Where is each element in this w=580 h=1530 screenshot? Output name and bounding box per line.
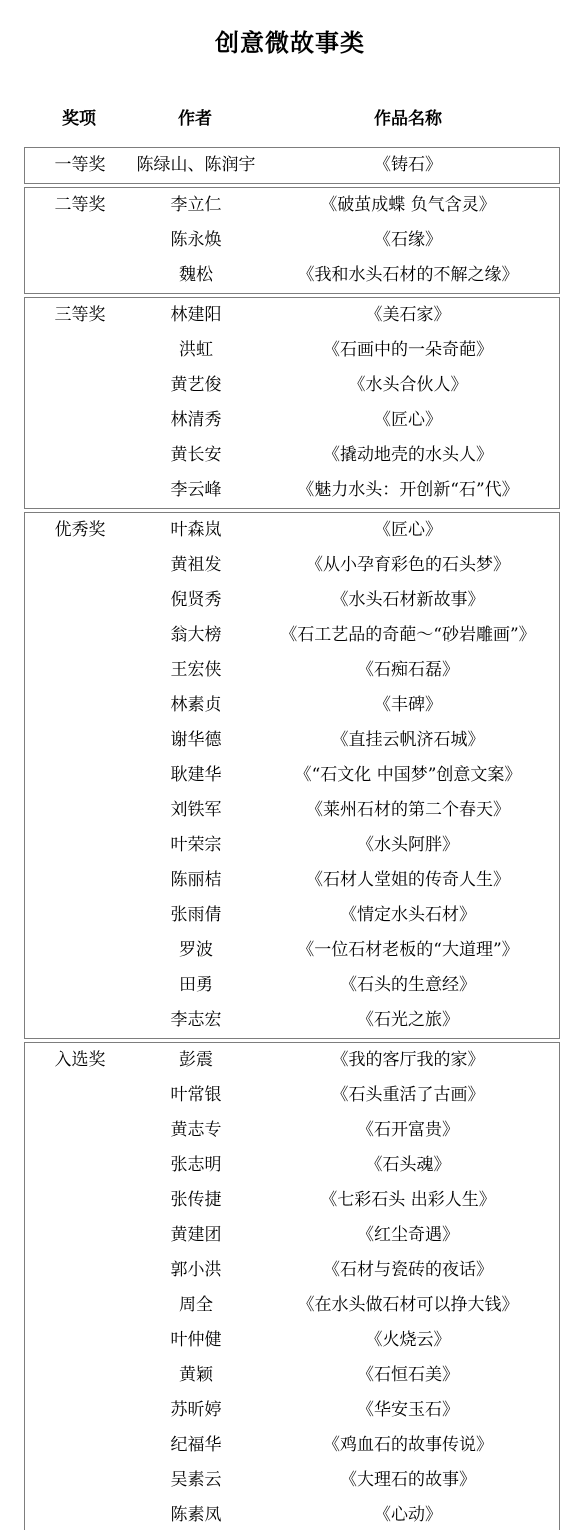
- page-title: 创意微故事类: [0, 28, 580, 58]
- column-header-author: 作者: [134, 102, 256, 137]
- author-cell: 林建阳: [135, 298, 257, 333]
- author-cell: 黄建团: [135, 1218, 257, 1253]
- award-cell: [25, 1463, 135, 1498]
- author-cell: 陈丽桔: [135, 863, 257, 898]
- award-cell: [25, 1288, 135, 1323]
- award-cell: [25, 1498, 135, 1530]
- author-cell: 罗波: [135, 933, 257, 968]
- work-title-cell: 《从小孕育彩色的石头梦》: [257, 548, 559, 583]
- award-cell: 优秀奖: [25, 513, 135, 548]
- award-cell: 三等奖: [25, 298, 135, 333]
- table-row: 倪贤秀《水头石材新故事》: [25, 583, 559, 618]
- table-row: 黄颖《石恒石美》: [25, 1358, 559, 1393]
- work-title-cell: 《石头的生意经》: [257, 968, 559, 1003]
- table-row: 张雨倩《情定水头石材》: [25, 898, 559, 933]
- author-cell: 苏昕婷: [135, 1393, 257, 1428]
- work-title-cell: 《石材与瓷砖的夜话》: [257, 1253, 559, 1288]
- award-section: 一等奖陈绿山、陈润宇《铸石》: [24, 147, 560, 184]
- award-cell: [25, 793, 135, 828]
- table-row: 二等奖李立仁《破茧成蝶 负气含灵》: [25, 188, 559, 223]
- work-title-cell: 《情定水头石材》: [257, 898, 559, 933]
- author-cell: 黄艺俊: [135, 368, 257, 403]
- column-header-work: 作品名称: [256, 102, 560, 137]
- author-cell: 黄志专: [135, 1113, 257, 1148]
- author-cell: 张传捷: [135, 1183, 257, 1218]
- table-row: 翁大榜《石工艺品的奇葩～“砂岩雕画”》: [25, 618, 559, 653]
- award-section: 优秀奖叶森岚《匠心》黄祖发《从小孕育彩色的石头梦》倪贤秀《水头石材新故事》翁大榜…: [24, 512, 560, 1039]
- table-row: 叶常银《石头重活了古画》: [25, 1078, 559, 1113]
- award-cell: [25, 1253, 135, 1288]
- award-cell: [25, 1393, 135, 1428]
- table-row: 黄志专《石开富贵》: [25, 1113, 559, 1148]
- table-row: 陈永焕《石缘》: [25, 223, 559, 258]
- table-row: 入选奖彭震《我的客厅我的家》: [25, 1043, 559, 1078]
- award-cell: [25, 1078, 135, 1113]
- work-title-cell: 《七彩石头 出彩人生》: [257, 1183, 559, 1218]
- author-cell: 郭小洪: [135, 1253, 257, 1288]
- author-cell: 黄祖发: [135, 548, 257, 583]
- award-cell: [25, 548, 135, 583]
- award-cell: [25, 933, 135, 968]
- table-row: 黄建团《红尘奇遇》: [25, 1218, 559, 1253]
- work-title-cell: 《魅力水头：开创新“石”代》: [257, 473, 559, 508]
- table-header-row: 奖项 作者 作品名称: [24, 102, 560, 137]
- work-title-cell: 《水头阿胖》: [257, 828, 559, 863]
- work-title-cell: 《我的客厅我的家》: [257, 1043, 559, 1078]
- work-title-cell: 《莱州石材的第二个春天》: [257, 793, 559, 828]
- work-title-cell: 《石开富贵》: [257, 1113, 559, 1148]
- author-cell: 周全: [135, 1288, 257, 1323]
- table-row: 谢华德《直挂云帆济石城》: [25, 723, 559, 758]
- work-title-cell: 《石痴石磊》: [257, 653, 559, 688]
- table-row: 纪福华《鸡血石的故事传说》: [25, 1428, 559, 1463]
- author-cell: 翁大榜: [135, 618, 257, 653]
- work-title-cell: 《石画中的一朵奇葩》: [257, 333, 559, 368]
- award-cell: [25, 473, 135, 508]
- work-title-cell: 《火烧云》: [257, 1323, 559, 1358]
- author-cell: 李云峰: [135, 473, 257, 508]
- award-cell: [25, 1218, 135, 1253]
- author-cell: 林素贞: [135, 688, 257, 723]
- author-cell: 叶荣宗: [135, 828, 257, 863]
- award-section: 三等奖林建阳《美石家》洪虹《石画中的一朵奇葩》黄艺俊《水头合伙人》林清秀《匠心》…: [24, 297, 560, 509]
- author-cell: 耿建华: [135, 758, 257, 793]
- work-title-cell: 《石头魂》: [257, 1148, 559, 1183]
- author-cell: 林清秀: [135, 403, 257, 438]
- award-cell: [25, 403, 135, 438]
- table-row: 李云峰《魅力水头：开创新“石”代》: [25, 473, 559, 508]
- table-row: 张志明《石头魂》: [25, 1148, 559, 1183]
- table-row: 刘铁军《莱州石材的第二个春天》: [25, 793, 559, 828]
- award-section: 二等奖李立仁《破茧成蝶 负气含灵》陈永焕《石缘》魏松《我和水头石材的不解之缘》: [24, 187, 560, 294]
- author-cell: 陈永焕: [135, 223, 257, 258]
- award-cell: [25, 333, 135, 368]
- table-row: 罗波《一位石材老板的“大道理”》: [25, 933, 559, 968]
- award-cell: [25, 898, 135, 933]
- author-cell: 李立仁: [135, 188, 257, 223]
- work-title-cell: 《红尘奇遇》: [257, 1218, 559, 1253]
- work-title-cell: 《水头合伙人》: [257, 368, 559, 403]
- author-cell: 黄长安: [135, 438, 257, 473]
- author-cell: 叶仲健: [135, 1323, 257, 1358]
- work-title-cell: 《直挂云帆济石城》: [257, 723, 559, 758]
- author-cell: 叶常银: [135, 1078, 257, 1113]
- author-cell: 洪虹: [135, 333, 257, 368]
- table-row: 洪虹《石画中的一朵奇葩》: [25, 333, 559, 368]
- work-title-cell: 《华安玉石》: [257, 1393, 559, 1428]
- author-cell: 叶森岚: [135, 513, 257, 548]
- table-row: 魏松《我和水头石材的不解之缘》: [25, 258, 559, 293]
- award-cell: [25, 968, 135, 1003]
- author-cell: 张志明: [135, 1148, 257, 1183]
- author-cell: 倪贤秀: [135, 583, 257, 618]
- author-cell: 张雨倩: [135, 898, 257, 933]
- work-title-cell: 《在水头做石材可以挣大钱》: [257, 1288, 559, 1323]
- author-cell: 魏松: [135, 258, 257, 293]
- author-cell: 吴素云: [135, 1463, 257, 1498]
- award-cell: [25, 1148, 135, 1183]
- table-row: 苏昕婷《华安玉石》: [25, 1393, 559, 1428]
- table-row: 叶仲健《火烧云》: [25, 1323, 559, 1358]
- award-section: 入选奖彭震《我的客厅我的家》叶常银《石头重活了古画》黄志专《石开富贵》张志明《石…: [24, 1042, 560, 1530]
- column-header-award: 奖项: [24, 102, 134, 137]
- award-cell: [25, 1113, 135, 1148]
- author-cell: 纪福华: [135, 1428, 257, 1463]
- author-cell: 彭震: [135, 1043, 257, 1078]
- work-title-cell: 《大理石的故事》: [257, 1463, 559, 1498]
- award-cell: 入选奖: [25, 1043, 135, 1078]
- author-cell: 刘铁军: [135, 793, 257, 828]
- work-title-cell: 《石材人堂姐的传奇人生》: [257, 863, 559, 898]
- table-row: 陈丽桔《石材人堂姐的传奇人生》: [25, 863, 559, 898]
- award-table: 一等奖陈绿山、陈润宇《铸石》二等奖李立仁《破茧成蝶 负气含灵》陈永焕《石缘》魏松…: [24, 147, 560, 1530]
- work-title-cell: 《撬动地壳的水头人》: [257, 438, 559, 473]
- table-row: 三等奖林建阳《美石家》: [25, 298, 559, 333]
- work-title-cell: 《石光之旅》: [257, 1003, 559, 1038]
- work-title-cell: 《丰碑》: [257, 688, 559, 723]
- work-title-cell: 《破茧成蝶 负气含灵》: [257, 188, 559, 223]
- table-row: 陈素凤《心动》: [25, 1498, 559, 1530]
- work-title-cell: 《匠心》: [257, 403, 559, 438]
- table-row: 王宏侠《石痴石磊》: [25, 653, 559, 688]
- work-title-cell: 《铸石》: [257, 148, 559, 183]
- award-cell: [25, 583, 135, 618]
- table-row: 黄祖发《从小孕育彩色的石头梦》: [25, 548, 559, 583]
- award-cell: [25, 1323, 135, 1358]
- work-title-cell: 《“石文化 中国梦”创意文案》: [257, 758, 559, 793]
- work-title-cell: 《心动》: [257, 1498, 559, 1530]
- award-cell: [25, 258, 135, 293]
- award-cell: [25, 723, 135, 758]
- table-row: 叶荣宗《水头阿胖》: [25, 828, 559, 863]
- work-title-cell: 《匠心》: [257, 513, 559, 548]
- author-cell: 田勇: [135, 968, 257, 1003]
- award-cell: 二等奖: [25, 188, 135, 223]
- table-row: 张传捷《七彩石头 出彩人生》: [25, 1183, 559, 1218]
- award-cell: [25, 223, 135, 258]
- table-row: 李志宏《石光之旅》: [25, 1003, 559, 1038]
- work-title-cell: 《美石家》: [257, 298, 559, 333]
- award-cell: [25, 1183, 135, 1218]
- author-cell: 王宏侠: [135, 653, 257, 688]
- award-cell: [25, 688, 135, 723]
- table-row: 郭小洪《石材与瓷砖的夜话》: [25, 1253, 559, 1288]
- table-row: 周全《在水头做石材可以挣大钱》: [25, 1288, 559, 1323]
- table-row: 黄长安《撬动地壳的水头人》: [25, 438, 559, 473]
- work-title-cell: 《石恒石美》: [257, 1358, 559, 1393]
- award-cell: [25, 758, 135, 793]
- award-cell: [25, 1003, 135, 1038]
- author-cell: 李志宏: [135, 1003, 257, 1038]
- table-row: 田勇《石头的生意经》: [25, 968, 559, 1003]
- table-row: 优秀奖叶森岚《匠心》: [25, 513, 559, 548]
- author-cell: 陈绿山、陈润宇: [135, 148, 257, 183]
- award-cell: [25, 618, 135, 653]
- award-cell: [25, 1358, 135, 1393]
- table-row: 一等奖陈绿山、陈润宇《铸石》: [25, 148, 559, 183]
- author-cell: 陈素凤: [135, 1498, 257, 1530]
- award-cell: [25, 438, 135, 473]
- author-cell: 黄颖: [135, 1358, 257, 1393]
- award-cell: [25, 368, 135, 403]
- award-cell: [25, 828, 135, 863]
- work-title-cell: 《石缘》: [257, 223, 559, 258]
- author-cell: 谢华德: [135, 723, 257, 758]
- table-row: 林清秀《匠心》: [25, 403, 559, 438]
- table-row: 吴素云《大理石的故事》: [25, 1463, 559, 1498]
- work-title-cell: 《石工艺品的奇葩～“砂岩雕画”》: [257, 618, 559, 653]
- table-row: 林素贞《丰碑》: [25, 688, 559, 723]
- table-row: 耿建华《“石文化 中国梦”创意文案》: [25, 758, 559, 793]
- work-title-cell: 《我和水头石材的不解之缘》: [257, 258, 559, 293]
- award-cell: 一等奖: [25, 148, 135, 183]
- award-cell: [25, 1428, 135, 1463]
- work-title-cell: 《石头重活了古画》: [257, 1078, 559, 1113]
- work-title-cell: 《鸡血石的故事传说》: [257, 1428, 559, 1463]
- table-row: 黄艺俊《水头合伙人》: [25, 368, 559, 403]
- work-title-cell: 《水头石材新故事》: [257, 583, 559, 618]
- work-title-cell: 《一位石材老板的“大道理”》: [257, 933, 559, 968]
- award-cell: [25, 653, 135, 688]
- award-cell: [25, 863, 135, 898]
